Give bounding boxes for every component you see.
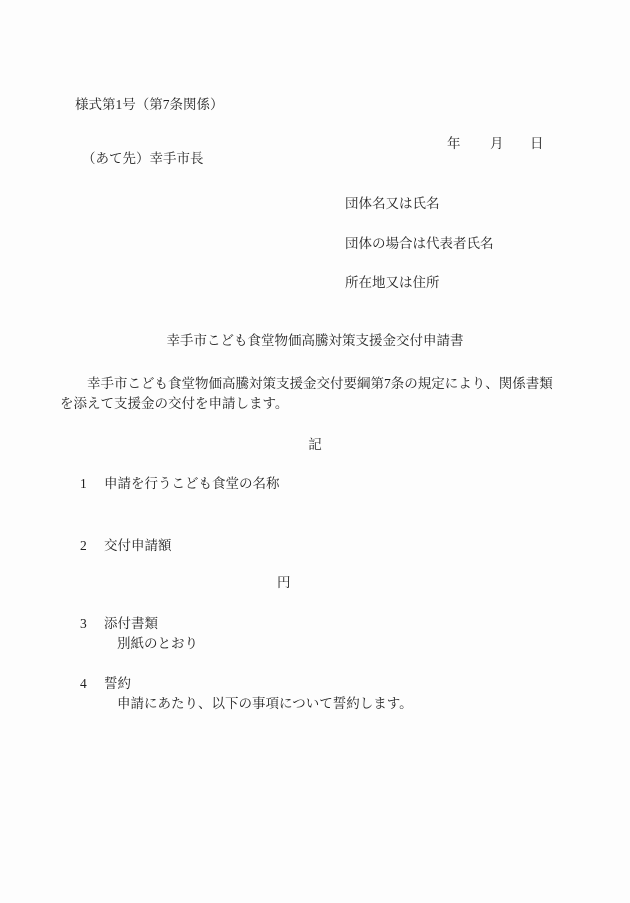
form-number: 様式第1号（第7条関係） [75, 98, 224, 112]
list-item-3: 3 添付書類 [80, 617, 158, 631]
date-day-label: 日 [530, 137, 544, 151]
currency-unit-label: 円 [277, 576, 291, 590]
date-year-label: 年 [447, 137, 461, 151]
document-title: 幸手市こども食堂物価高騰対策支援金交付申請書 [0, 334, 630, 348]
item-number: 1 [80, 477, 104, 491]
applicant-field-organization-name: 団体名又は氏名 [345, 197, 440, 211]
list-item-2: 2 交付申請額 [80, 539, 172, 553]
item-label: 交付申請額 [104, 539, 172, 553]
list-item-4: 4 誓約 [80, 677, 131, 691]
item-note: 別紙のとおり [117, 637, 198, 651]
record-marker: 記 [0, 438, 630, 452]
addressee-line: （あて先）幸手市長 [82, 152, 204, 166]
body-paragraph: 幸手市こども食堂物価高騰対策支援金交付要綱第7条の規定により、関係書類 を添えて… [60, 374, 572, 414]
item-number: 3 [80, 617, 104, 631]
item-note: 申請にあたり、以下の事項について誓約します。 [117, 697, 413, 711]
item-number: 2 [80, 539, 104, 553]
item-label: 添付書類 [104, 617, 158, 631]
application-form-page: 様式第1号（第7条関係） 年 月 日 （あて先）幸手市長 団体名又は氏名 団体の… [0, 0, 630, 903]
body-paragraph-line: を添えて支援金の交付を申請します。 [60, 394, 572, 414]
applicant-field-representative-name: 団体の場合は代表者氏名 [345, 237, 494, 251]
list-item-1: 1 申請を行うこども食堂の名称 [80, 477, 280, 491]
item-label: 誓約 [104, 677, 131, 691]
item-number: 4 [80, 677, 104, 691]
body-paragraph-line: 幸手市こども食堂物価高騰対策支援金交付要綱第7条の規定により、関係書類 [60, 374, 572, 394]
item-label: 申請を行うこども食堂の名称 [104, 477, 280, 491]
applicant-field-address: 所在地又は住所 [345, 276, 440, 290]
date-month-label: 月 [490, 137, 504, 151]
